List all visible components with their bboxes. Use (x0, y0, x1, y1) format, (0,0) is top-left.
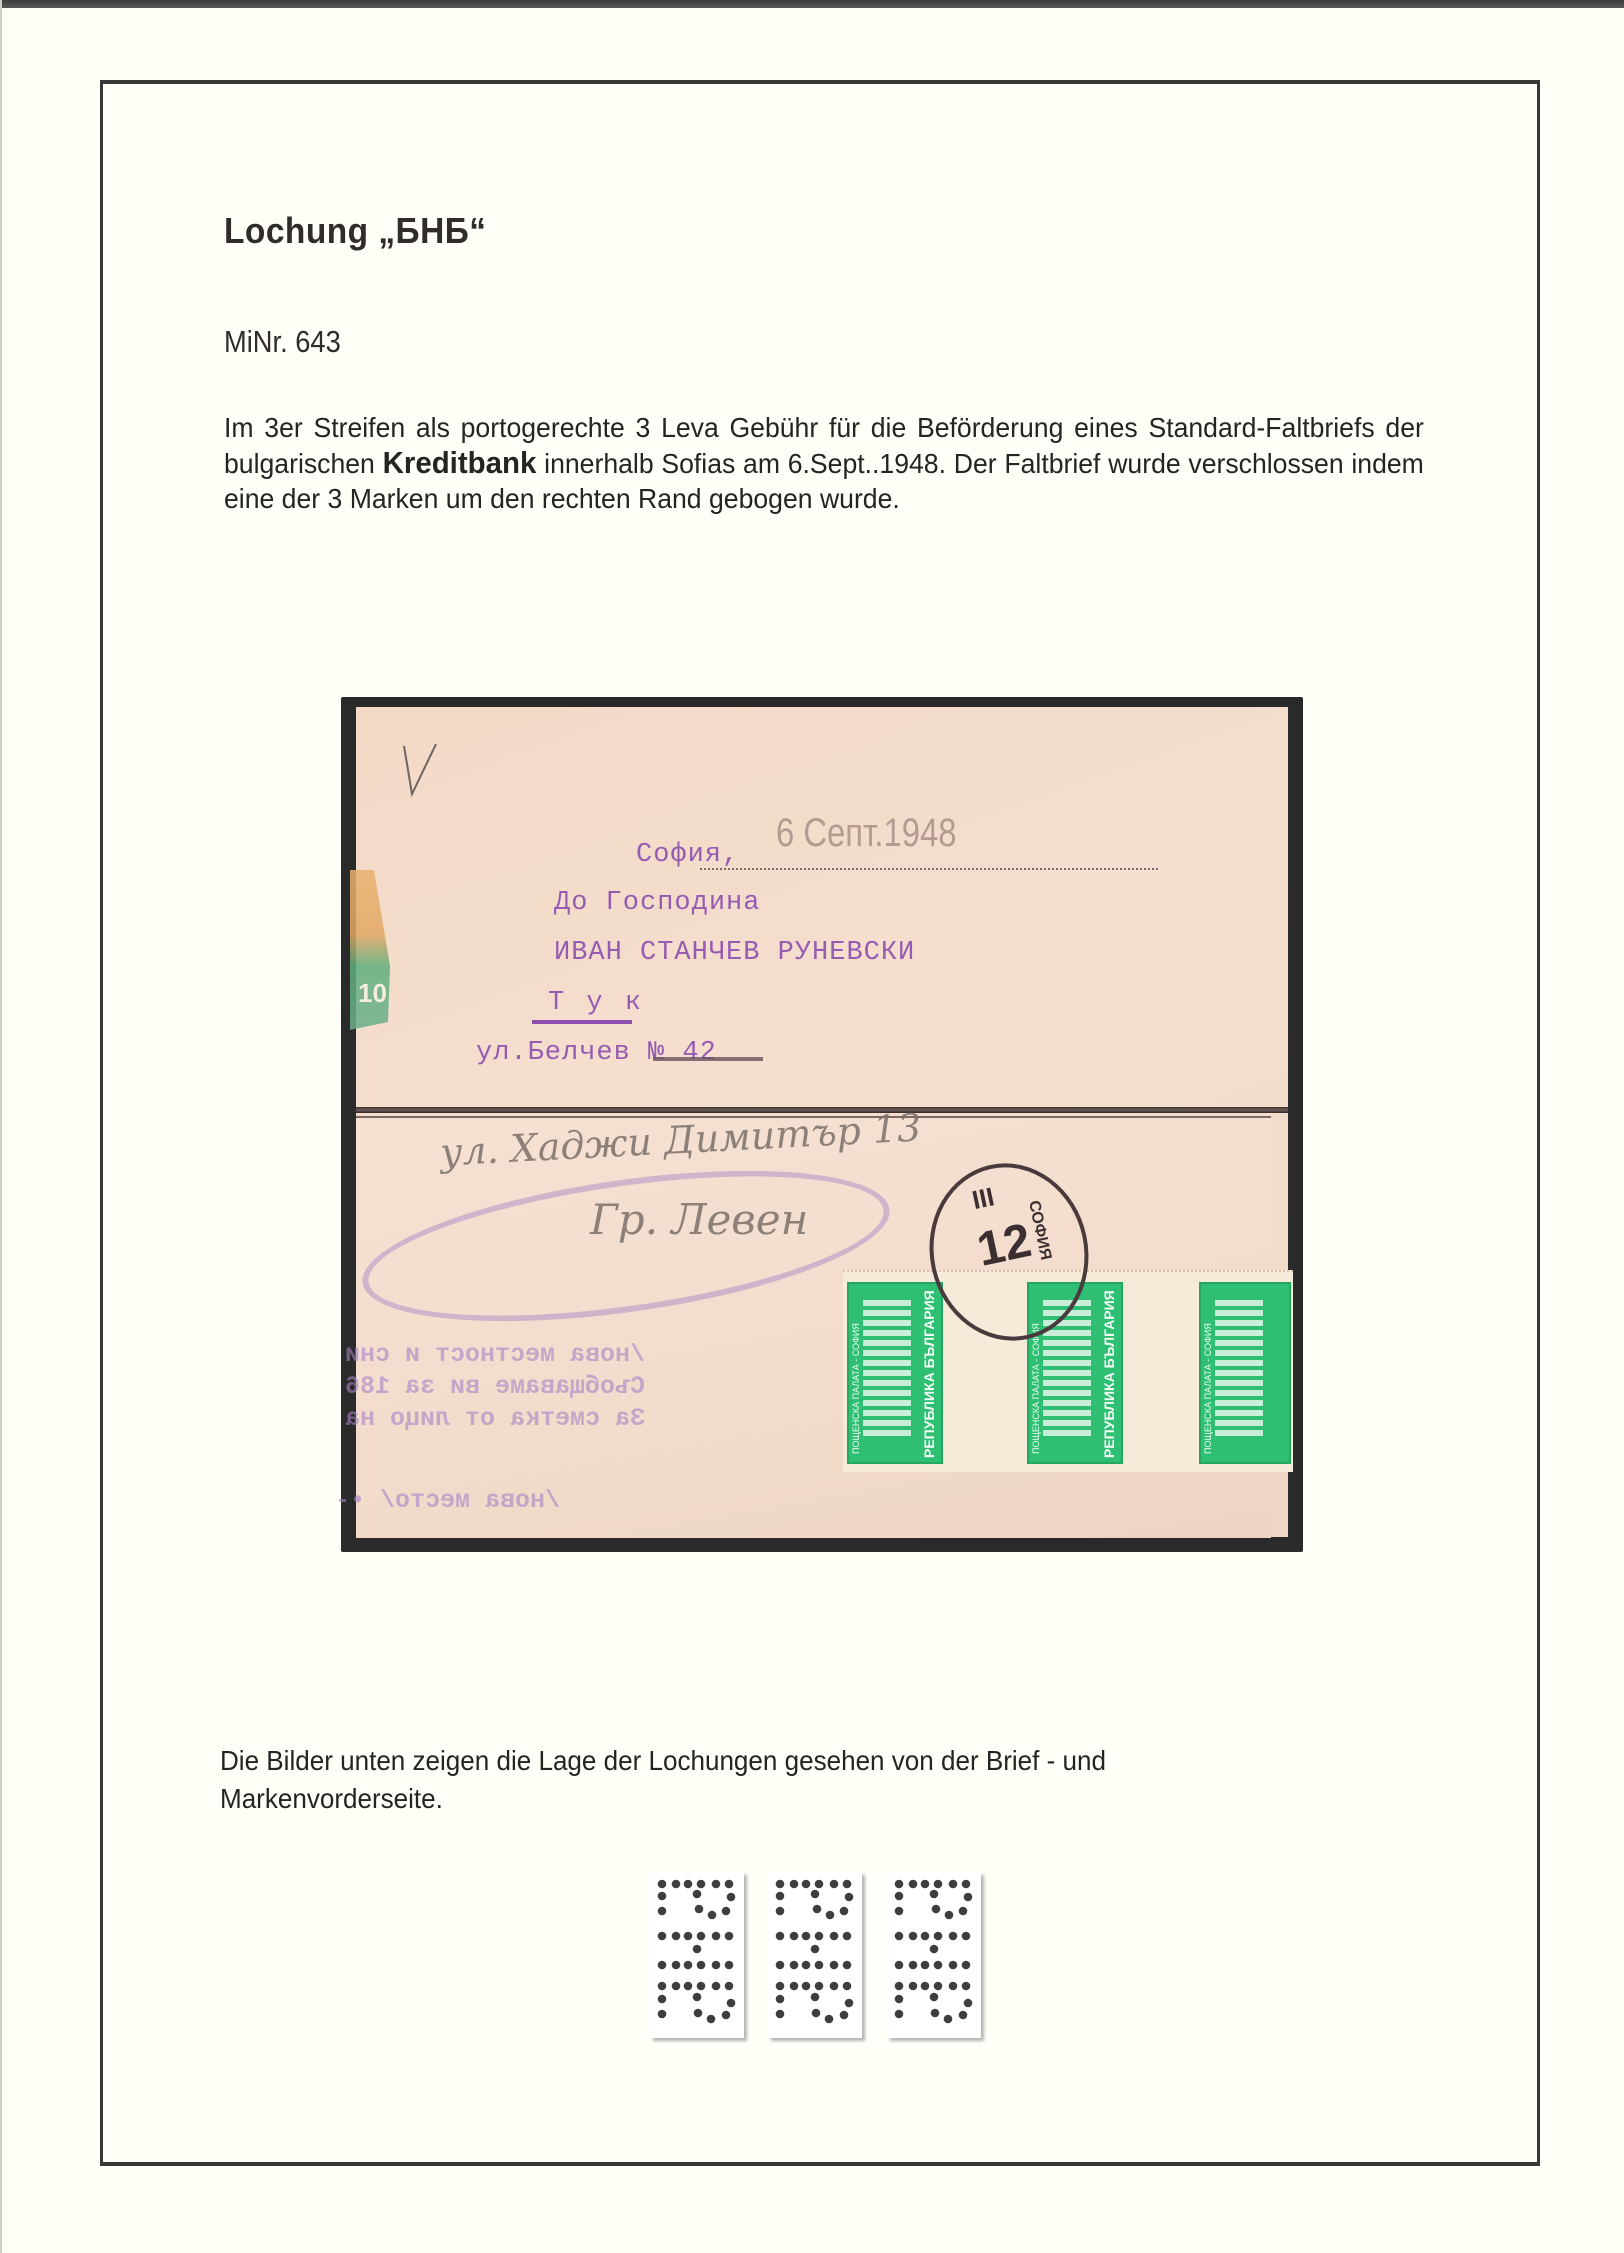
building-illustration (1215, 1300, 1263, 1440)
perfin-pattern-1 (650, 1872, 744, 2038)
strike-through (653, 1057, 763, 1061)
recipient-name: ИВАН СТАНЧЕВ РУНЕВСКИ (554, 938, 915, 968)
postage-stamp: ПОЩЕНСКА ПАЛАТА - СОФИЯ (1199, 1282, 1291, 1464)
caption: Die Bilder unten zeigen die Lage der Loc… (220, 1742, 1290, 1818)
local-delivery-text: Т у к (548, 988, 644, 1018)
building-illustration (863, 1300, 911, 1440)
stamp-side-text: ПОЩЕНСКА ПАЛАТА - СОФИЯ (851, 1294, 861, 1454)
perfin-pattern-3 (887, 1872, 981, 2038)
description-bold: Kreditbank (383, 445, 537, 480)
place-text: София, (636, 840, 739, 870)
postmark-roman: III (969, 1181, 997, 1216)
perforation-dots (768, 1872, 862, 2038)
street-typed: ул.Белчев № 42 (476, 1038, 717, 1068)
mirrored-text-line-2: Съобщаваме ви за 186 (345, 1372, 645, 1401)
perforation-dots (887, 1872, 981, 2038)
mirrored-text-line-1: /нова местност и сни (345, 1340, 645, 1369)
mirrored-text-line-3: За сметка от лицо на (345, 1404, 645, 1433)
date-stamp: 6 Септ.1948 (776, 811, 957, 856)
salutation-text: До Господина (554, 888, 760, 918)
description: Im 3er Streifen als portogerechte 3 Leva… (224, 410, 1424, 516)
checkmark-icon (402, 742, 442, 802)
old-stamp-value: 10 (358, 978, 387, 1009)
page-title: Lochung „БНБ“ (224, 210, 486, 252)
mirrored-text-line-4: /нова место/ •- (335, 1486, 560, 1515)
stamp-country-text: РЕПУБЛИКА БЪЛГАРИЯ (1101, 1290, 1117, 1458)
stamp-side-text: ПОЩЕНСКА ПАЛАТА - СОФИЯ (1203, 1294, 1213, 1454)
scan-edge-left (0, 0, 2, 2253)
underline (532, 1020, 632, 1024)
perfin-pattern-2 (768, 1872, 862, 2038)
perforation-dots (650, 1872, 744, 2038)
postage-stamp: ПОЩЕНСКА ПАЛАТА - СОФИЯ РЕПУБЛИКА БЪЛГАР… (847, 1282, 943, 1464)
catalog-number: MiNr. 643 (224, 324, 341, 360)
postmark-day: 12 (972, 1213, 1036, 1278)
dotted-line (700, 868, 1158, 870)
scan-edge-top (0, 0, 1624, 8)
stamp-country-text: РЕПУБЛИКА БЪЛГАРИЯ (921, 1290, 937, 1458)
handwritten-signature: Гр. Левен (590, 1195, 808, 1244)
